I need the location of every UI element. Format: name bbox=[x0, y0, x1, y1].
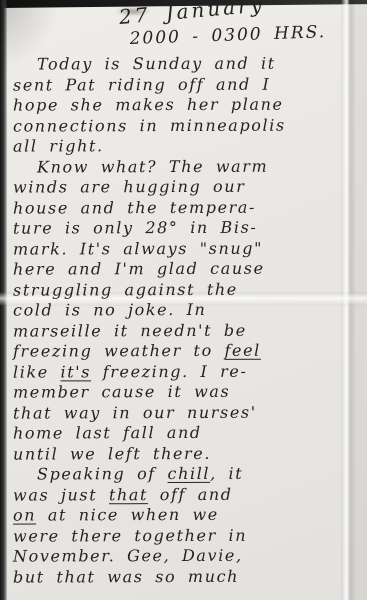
letter-line: like it's freezing. I re- bbox=[13, 361, 353, 383]
letter-line: freezing weather to feel bbox=[13, 340, 353, 362]
letter-line: that way in our nurses' bbox=[13, 402, 353, 424]
underlined-word: chill bbox=[167, 464, 210, 483]
letter-page: 27 January 2000 - 0300 HRS. Today is Sun… bbox=[0, 0, 367, 600]
letter-line: cold is no joke. In bbox=[13, 299, 353, 321]
letter-line: marseille it needn't be bbox=[13, 320, 353, 342]
letter-line: hope she makes her plane bbox=[13, 94, 353, 116]
underlined-word: it's bbox=[60, 362, 91, 381]
letter-line: mark. It's always "snug" bbox=[13, 238, 353, 260]
letter-heading: 27 January 2000 - 0300 HRS. bbox=[120, 5, 327, 49]
underlined-word: on bbox=[13, 506, 36, 525]
letter-line: connections in minneapolis bbox=[13, 115, 353, 137]
letter-line: until we left there. bbox=[13, 443, 353, 465]
letter-line: Today is Sunday and it bbox=[13, 53, 353, 75]
letter-body: Today is Sunday and itsent Pat riding of… bbox=[13, 54, 353, 587]
letter-line: winds are hugging our bbox=[13, 176, 353, 198]
letter-line: member cause it was bbox=[13, 381, 353, 403]
letter-line: house and the tempera- bbox=[13, 197, 353, 219]
letter-line: Know what? The warm bbox=[13, 156, 353, 178]
letter-line: on at nice when we bbox=[13, 504, 353, 526]
letter-line: here and I'm glad cause bbox=[13, 258, 353, 280]
letter-line: struggling against the bbox=[13, 279, 353, 301]
letter-line: ture is only 28° in Bis- bbox=[13, 217, 353, 239]
underlined-word: that bbox=[109, 485, 148, 504]
letter-line: November. Gee, Davie, bbox=[13, 545, 353, 567]
letter-time: 2000 - 0300 HRS. bbox=[129, 22, 326, 49]
letter-line: sent Pat riding off and I bbox=[13, 74, 353, 96]
letter-line: home last fall and bbox=[13, 422, 353, 444]
underlined-word: feel bbox=[224, 341, 260, 360]
letter-line: Speaking of chill, it bbox=[13, 463, 353, 485]
letter-line: was just that off and bbox=[13, 484, 353, 506]
letter-line: were there together in bbox=[13, 525, 353, 547]
letter-line: all right. bbox=[13, 135, 353, 157]
letter-line: but that was so much bbox=[13, 566, 353, 588]
